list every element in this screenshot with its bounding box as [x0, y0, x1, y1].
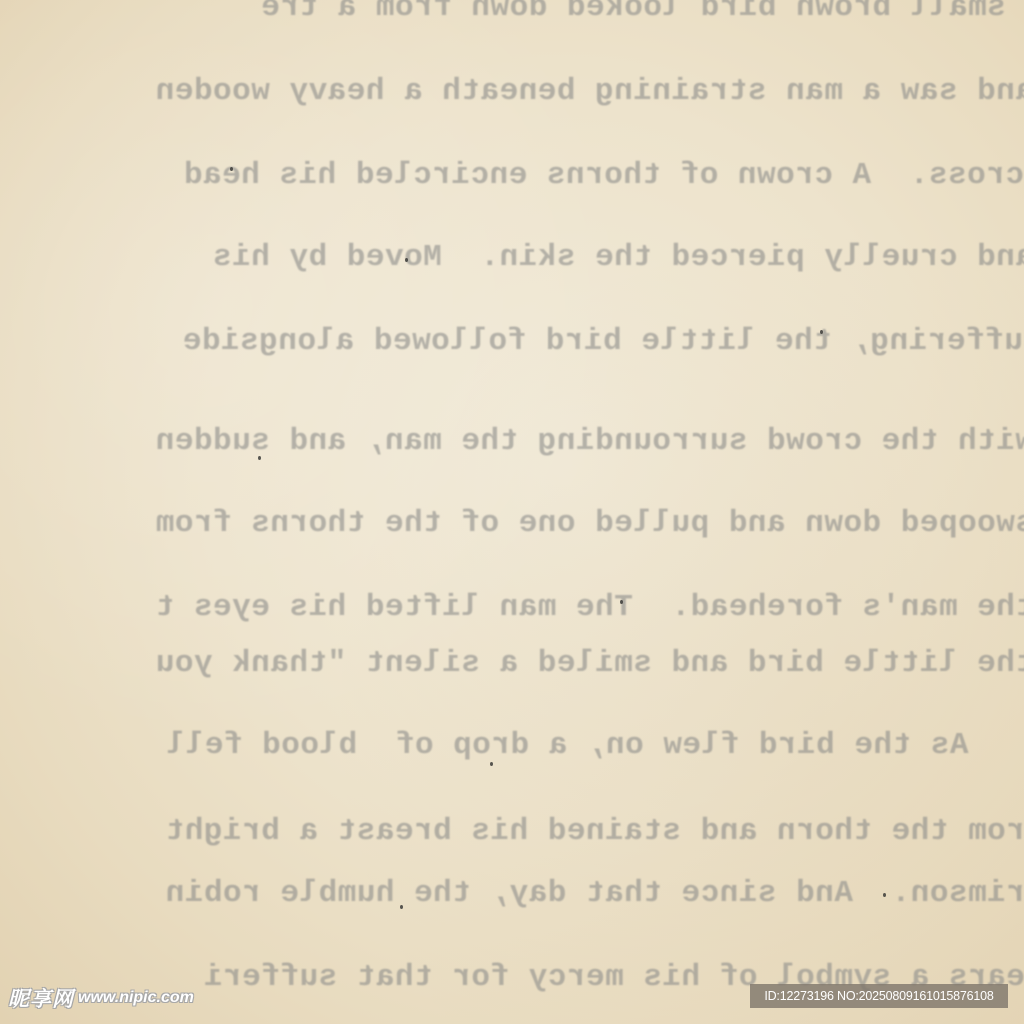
ink-speck: [490, 762, 493, 766]
text-line: the little bird and smiled a silent "tha…: [155, 648, 1024, 679]
text-line: crimson. And since that day, the humble …: [165, 878, 1024, 909]
ink-speck: [620, 600, 623, 604]
text-line: with the crowd surrounding the man, and …: [155, 426, 1024, 457]
watermark-logo: 昵享网: [8, 983, 74, 1013]
ink-speck: [820, 330, 823, 334]
ink-speck: [883, 893, 886, 897]
ink-speck: [400, 905, 403, 909]
text-line: swooped down and pulled one of the thorn…: [155, 508, 1024, 539]
ink-speck: [258, 456, 261, 460]
site-watermark: 昵享网 www.nipic.com: [8, 984, 194, 1012]
text-line: from the thorn and stained his breast a …: [165, 816, 1024, 847]
mirrored-typewritten-page: A small brown bird looked down from a tr…: [0, 0, 1024, 1024]
ink-speck: [230, 167, 233, 171]
text-line: and cruelly pierced the skin. Moved by h…: [213, 242, 1024, 273]
text-line: and saw a man straining beneath a heavy …: [155, 76, 1024, 107]
ink-speck: [405, 258, 408, 262]
text-line: the man's forehead. The man lifted his e…: [155, 592, 1024, 623]
watermark-url: www.nipic.com: [78, 989, 194, 1007]
text-line: cross. A crown of thorns encircled his h…: [183, 160, 1024, 191]
image-id-badge: ID:12273196 NO:20250809161015876108: [750, 984, 1008, 1008]
text-line: A small brown bird looked down from a tr…: [261, 0, 1024, 23]
text-line: As the bird flew on, a drop of blood fel…: [166, 730, 1024, 761]
text-line: suffering, the little bird followed alon…: [182, 326, 1024, 357]
